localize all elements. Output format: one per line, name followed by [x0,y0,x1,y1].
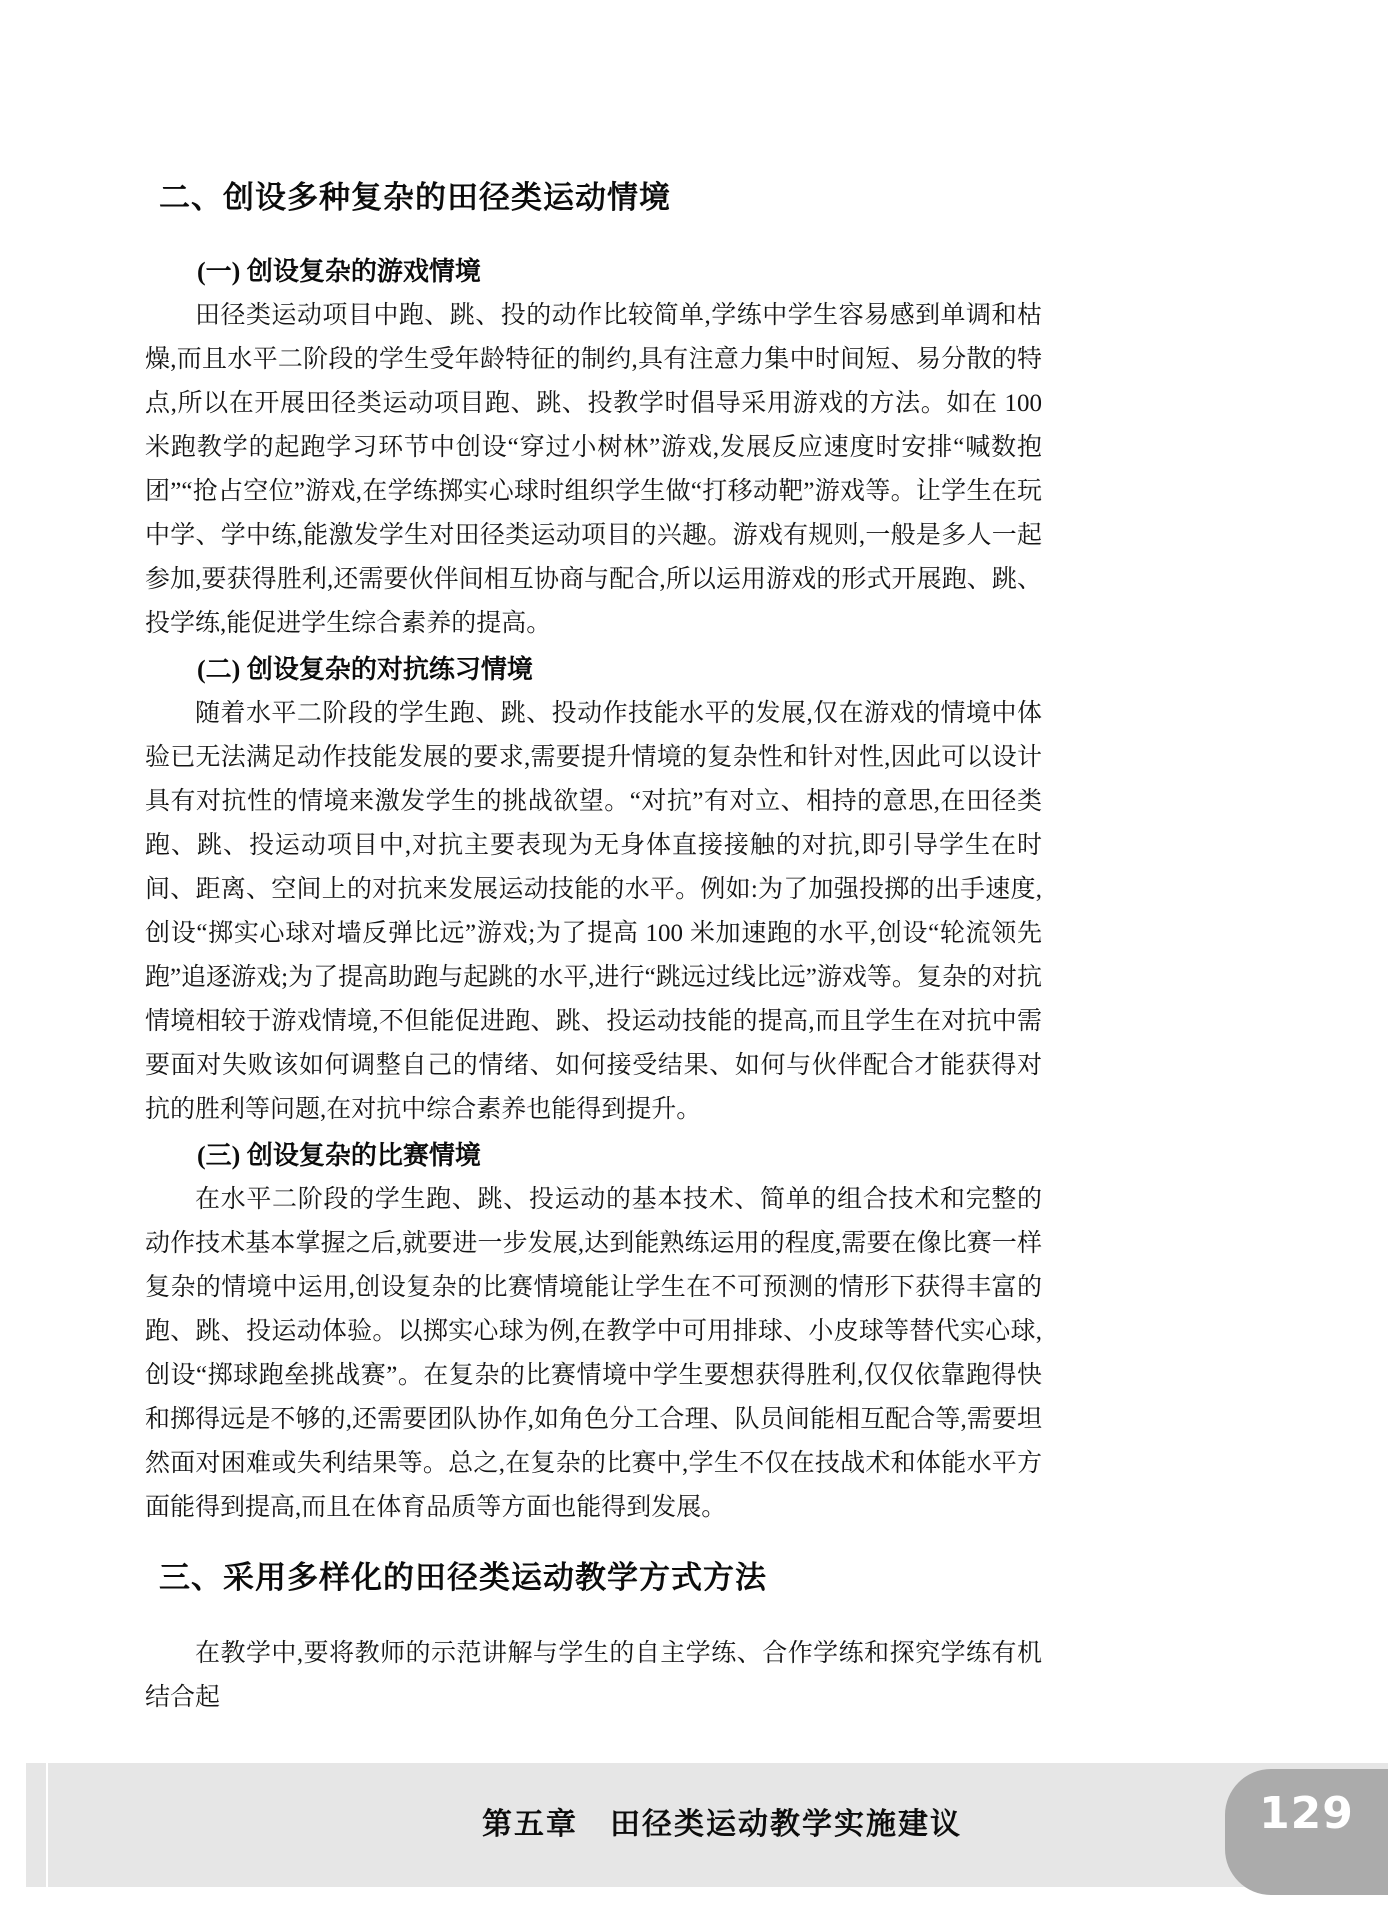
section-heading-2: 二、创设多种复杂的田径类运动情境 [159,176,1042,220]
subsection-2-paragraph: 随着水平二阶段的学生跑、跳、投动作技能水平的发展,仅在游戏的情境中体验已无法满足… [145,692,1042,1132]
subsection-confrontation-context: (二) 创设复杂的对抗练习情境 随着水平二阶段的学生跑、跳、投动作技能水平的发展… [145,648,1042,1132]
subsection-2-heading: (二) 创设复杂的对抗练习情境 [145,648,1042,692]
page-number-tab: 129 [1225,1769,1388,1895]
subsection-game-context: (一) 创设复杂的游戏情境 田径类运动项目中跑、跳、投的动作比较简单,学练中学生… [145,250,1042,646]
section-heading-3: 三、采用多样化的田径类运动教学方式方法 [159,1556,1042,1600]
subsection-3-heading: (三) 创设复杂的比赛情境 [145,1134,1042,1178]
page-content: 二、创设多种复杂的田径类运动情境 (一) 创设复杂的游戏情境 田径类运动项目中跑… [145,176,1042,1720]
subsection-1-heading: (一) 创设复杂的游戏情境 [145,250,1042,294]
footer-left-strip [26,1763,46,1887]
page-footer: 第五章 田径类运动教学实施建议 129 [0,1763,1388,1917]
book-page: 二、创设多种复杂的田径类运动情境 (一) 创设复杂的游戏情境 田径类运动项目中跑… [0,0,1388,1917]
section-3-paragraph: 在教学中,要将教师的示范讲解与学生的自主学练、合作学练和探究学练有机结合起 [145,1632,1042,1720]
subsection-3-paragraph: 在水平二阶段的学生跑、跳、投运动的基本技术、简单的组合技术和完整的动作技术基本掌… [145,1178,1042,1530]
subsection-competition-context: (三) 创设复杂的比赛情境 在水平二阶段的学生跑、跳、投运动的基本技术、简单的组… [145,1134,1042,1530]
footer-chapter-title: 第五章 田径类运动教学实施建议 [482,1763,962,1887]
page-number: 129 [1259,1788,1354,1839]
subsection-1-paragraph: 田径类运动项目中跑、跳、投的动作比较简单,学练中学生容易感到单调和枯燥,而且水平… [145,294,1042,646]
